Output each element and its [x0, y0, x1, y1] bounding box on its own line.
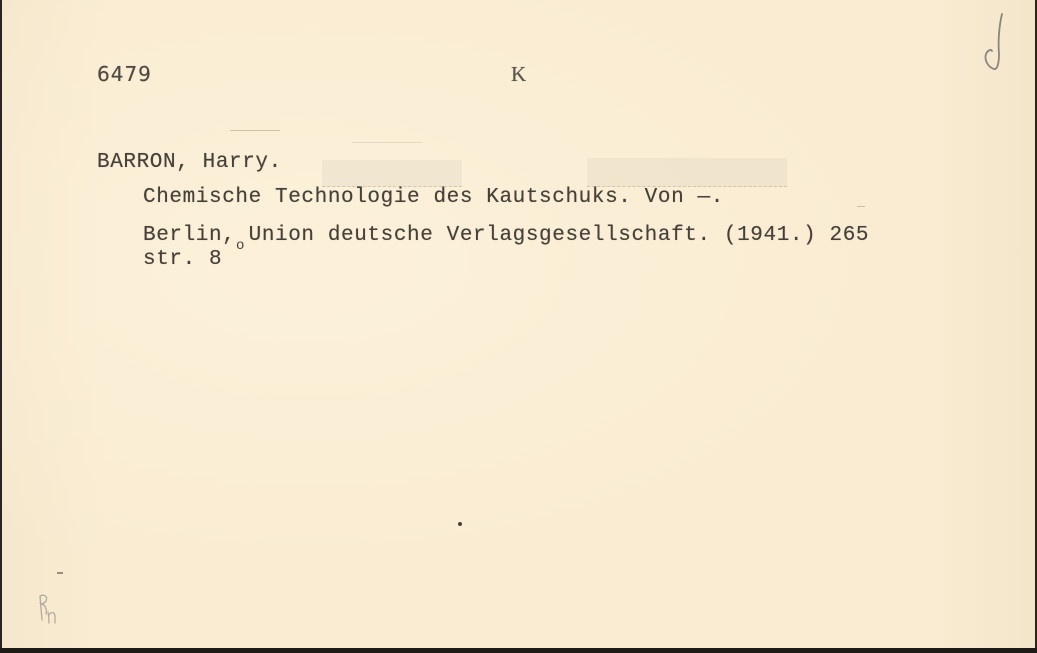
pencil-check-icon: [980, 12, 1010, 74]
book-title: Chemische Technologie des Kautschuks. Vo…: [143, 186, 724, 209]
scan-edge-bottom: [0, 648, 1037, 653]
catalog-card: 6479 K BARRON, Harry. Chemische Technolo…: [2, 0, 1035, 648]
smudge-mark: [230, 130, 280, 131]
collation: str. 8: [143, 248, 222, 271]
call-number: 6479: [97, 62, 152, 86]
imprint: Berlin, Union deutsche Verlagsgesellscha…: [143, 224, 869, 247]
smudge-mark: [857, 206, 865, 207]
erasure-mark: [322, 160, 462, 187]
pencil-initials-icon: [32, 590, 72, 630]
collection-mark: K: [511, 62, 527, 87]
smudge-mark: [352, 142, 422, 143]
format-superscript: o: [236, 238, 244, 254]
erasure-mark: [587, 158, 787, 187]
smudge-mark: [57, 572, 63, 574]
ink-speck: [458, 522, 462, 526]
scan-edge-left: [0, 0, 2, 653]
author-heading: BARRON, Harry.: [97, 151, 282, 174]
